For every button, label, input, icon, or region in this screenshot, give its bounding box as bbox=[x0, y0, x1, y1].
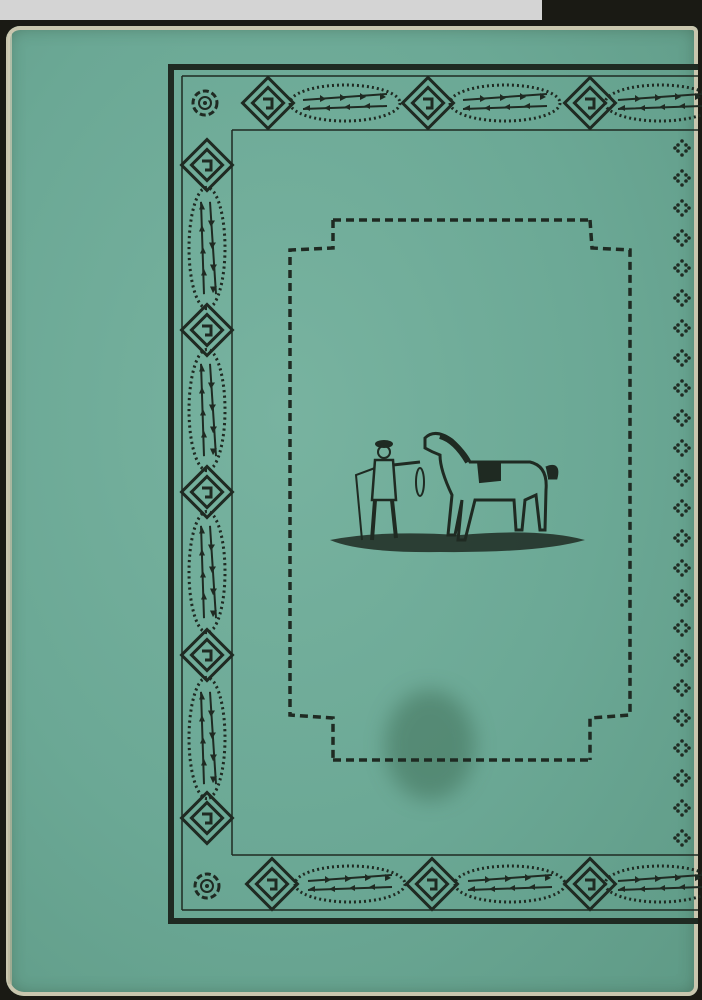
outer-rule bbox=[168, 64, 698, 924]
right-diamond-dot-border bbox=[673, 139, 691, 847]
man-and-horse-vignette bbox=[330, 433, 585, 552]
decorative-border-frame bbox=[0, 0, 702, 1000]
rosette-ornament-top bbox=[193, 91, 217, 115]
beaded-inner-frame bbox=[290, 220, 630, 760]
top-meander-band bbox=[243, 78, 702, 129]
image-caption bbox=[0, 0, 542, 20]
bottom-meander-band bbox=[247, 859, 702, 910]
rosette-ornament-bottom bbox=[195, 874, 219, 898]
left-meander-band bbox=[182, 140, 233, 844]
